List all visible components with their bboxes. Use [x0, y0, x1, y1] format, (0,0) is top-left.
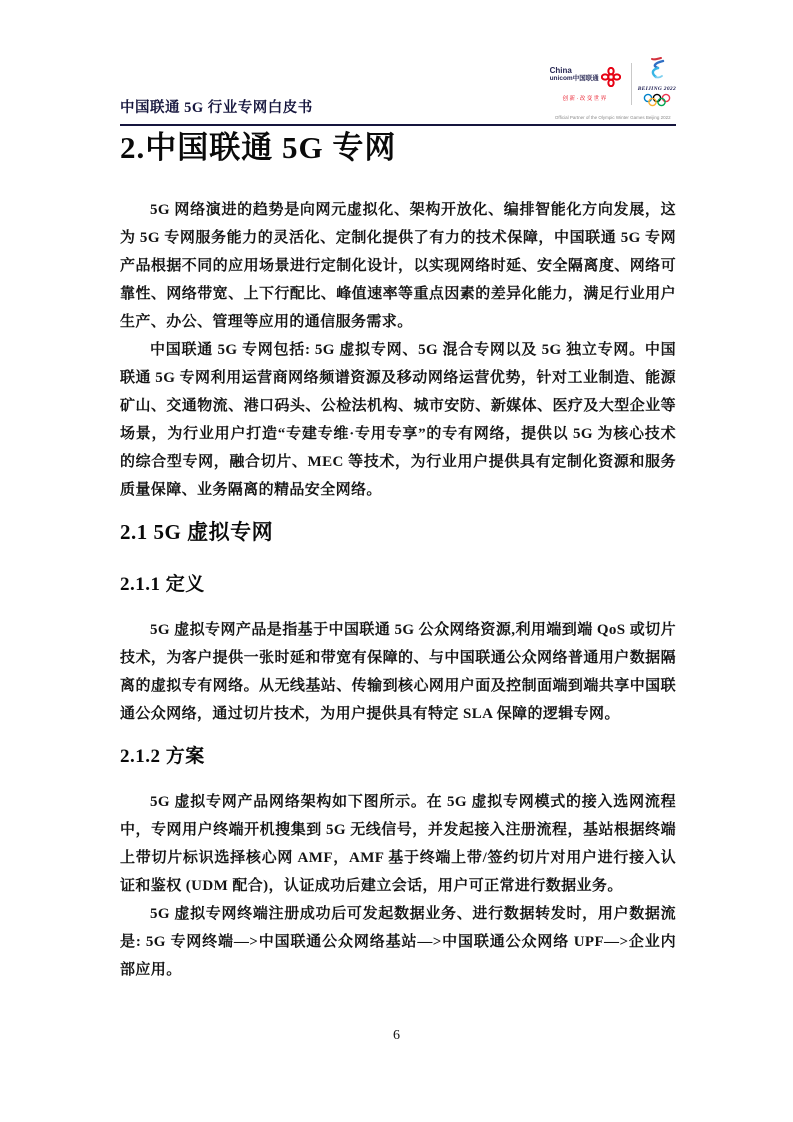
unicom-name-line1: China [550, 67, 599, 75]
beijing-2022-wordmark: BEIJING 2022 [638, 86, 676, 92]
document-body: 2.中国联通 5G 专网 5G 网络演进的趋势是向网元虚拟化、架构开放化、编排智… [120, 128, 676, 984]
section-title: 2.1 5G 虚拟专网 [120, 518, 676, 546]
unicom-tagline: 创新·改变世界 [562, 94, 607, 102]
chapter-title: 2.中国联通 5G 专网 [120, 128, 676, 168]
header-doc-title: 中国联通 5G 行业专网白皮书 [120, 96, 313, 120]
logo-divider [631, 63, 632, 105]
beijing-emblem-icon [646, 56, 668, 85]
body-paragraph: 5G 虚拟专网产品网络架构如下图所示。在 5G 虚拟专网模式的接入选网流程中，专… [120, 788, 676, 900]
page-header: 中国联通 5G 行业专网白皮书 China unicom中国联通 [120, 56, 676, 126]
china-unicom-lockup: China unicom中国联通 [550, 67, 621, 92]
body-paragraph: 5G 虚拟专网产品是指基于中国联通 5G 公众网络资源,利用端到端 QoS 或切… [120, 616, 676, 728]
china-unicom-wordmark: China unicom中国联通 [550, 67, 599, 83]
beijing-2022-logo: BEIJING 2022 [638, 56, 676, 112]
olympic-partner-line: Official Partner of the Olympic Winter G… [555, 115, 671, 120]
body-paragraph: 5G 虚拟专网终端注册成功后可发起数据业务、进行数据转发时，用户数据流是: 5G… [120, 900, 676, 984]
unicom-name-line2: unicom中国联通 [550, 75, 599, 83]
olympic-rings-icon [642, 93, 672, 112]
body-paragraph: 5G 网络演进的趋势是向网元虚拟化、架构开放化、编排智能化方向发展，这为 5G … [120, 196, 676, 336]
subsection-title-definition: 2.1.1 定义 [120, 572, 676, 598]
subsection-title-scheme: 2.1.2 方案 [120, 744, 676, 770]
header-logos: China unicom中国联通 [550, 56, 676, 120]
china-unicom-logo: China unicom中国联通 [550, 67, 625, 102]
page-number: 6 [0, 1028, 793, 1044]
body-paragraph: 中国联通 5G 专网包括: 5G 虚拟专网、5G 混合专网以及 5G 独立专网。… [120, 336, 676, 504]
logos-row: China unicom中国联通 [550, 56, 676, 112]
document-page: 中国联通 5G 行业专网白皮书 China unicom中国联通 [0, 0, 793, 1122]
unicom-knot-icon [601, 67, 621, 92]
